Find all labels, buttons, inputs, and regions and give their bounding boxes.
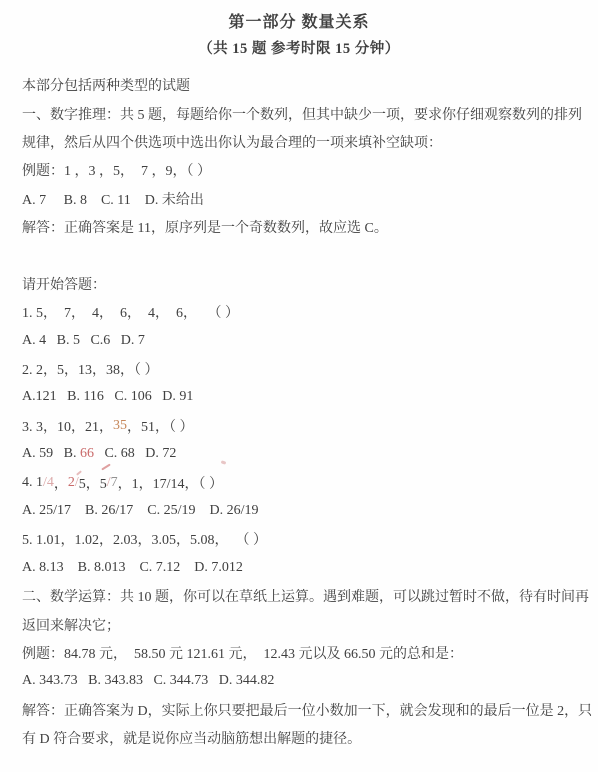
example1-options: A. 7 B. 8 C. 11 D. 未给出	[22, 185, 590, 213]
section2-heading-line1: 二、数学运算：共 10 题，你可以在草纸上运算。遇到难题，可以跳过暂时不做，待有…	[22, 582, 590, 610]
intro-text: 本部分包括两种类型的试题	[22, 71, 590, 99]
section1-heading-line1: 一、数字推理：共 5 题，每题给你一个数列，但其中缺少一项，要求你仔细观察数列的…	[22, 99, 590, 127]
example1-answer: 解答：正确答案是 11，原序列是一个奇数数列，故应选 C。	[22, 213, 590, 241]
q4-seq-part: ，1，17/14，（ ）	[118, 473, 223, 493]
q3-seq-highlight: 35	[113, 418, 127, 434]
question-5-options: A. 8.13 B. 8.013 C. 7.12 D. 7.012	[22, 554, 590, 582]
q4-seq-part: 5，5	[79, 473, 107, 493]
question-2-options: A.121 B. 116 C. 106 D. 91	[22, 383, 590, 411]
example2-options: A. 343.73 B. 343.83 C. 344.73 D. 344.82	[22, 667, 590, 695]
question-1-sequence: 1. 5， 7， 4， 6， 4， 6， （ ）	[22, 298, 590, 326]
question-4-sequence: 4. 1/4，2/5，5/7，1，17/14，（ ）	[22, 468, 590, 496]
section2-heading-line2: 返回来解决它；	[22, 610, 590, 638]
begin-prompt: 请开始答题：	[22, 270, 590, 298]
example2-answer-line1: 解答：正确答案为 D，实际上你只要把最后一位小数加一下，就会发现和的最后一位是 …	[22, 696, 590, 724]
q3-seq-part: ，51，（ ）	[127, 416, 194, 436]
q3-opts-part: C. 68 D. 72	[94, 446, 176, 462]
blank-line	[22, 241, 590, 269]
q4-seq-part: ，	[54, 473, 68, 493]
document-subtitle: （共 15 题 参考时限 15 分钟）	[0, 36, 598, 62]
question-2-sequence: 2. 2，5，13，38，（ ）	[22, 355, 590, 383]
example2-answer-line2: 有 D 符合要求，就是说你应当动脑筋想出解题的捷径。	[22, 724, 590, 752]
question-5-sequence: 5. 1.01，1.02，2.03，3.05，5.08， （ ）	[22, 525, 590, 553]
q4-seq-part: 4. 1	[22, 475, 43, 491]
q4-seq-faded: /4	[43, 475, 54, 491]
example1-sequence: 例题：1 ，3 ，5， 7 ，9，（ ）	[22, 156, 590, 184]
exam-document-page: 第一部分 数量关系 （共 15 题 参考时限 15 分钟） 本部分包括两种类型的…	[0, 0, 598, 772]
section1-heading-line2: 规律，然后从四个供选项中选出你认为最合理的一项来填补空缺项：	[22, 128, 590, 156]
q4-seq-red: 2	[68, 475, 75, 491]
example2-sequence: 例题：84.78 元， 58.50 元 121.61 元， 12.43 元以及 …	[22, 639, 590, 667]
question-1-options: A. 4 B. 5 C.6 D. 7	[22, 327, 590, 355]
document-body: 本部分包括两种类型的试题 一、数字推理：共 5 题，每题给你一个数列，但其中缺少…	[0, 71, 598, 752]
q4-seq-gray: 7	[111, 475, 118, 491]
question-4-options: A. 25/17 B. 26/17 C. 25/19 D. 26/19	[22, 497, 590, 525]
document-title: 第一部分 数量关系	[0, 0, 598, 36]
q3-opts-part: A. 59 B.	[22, 446, 80, 462]
q3-opts-highlight: 66	[80, 446, 94, 462]
q3-seq-part: 3. 3，10，21，	[22, 416, 113, 436]
question-3-sequence: 3. 3，10，21，35，51，（ ）	[22, 412, 590, 440]
